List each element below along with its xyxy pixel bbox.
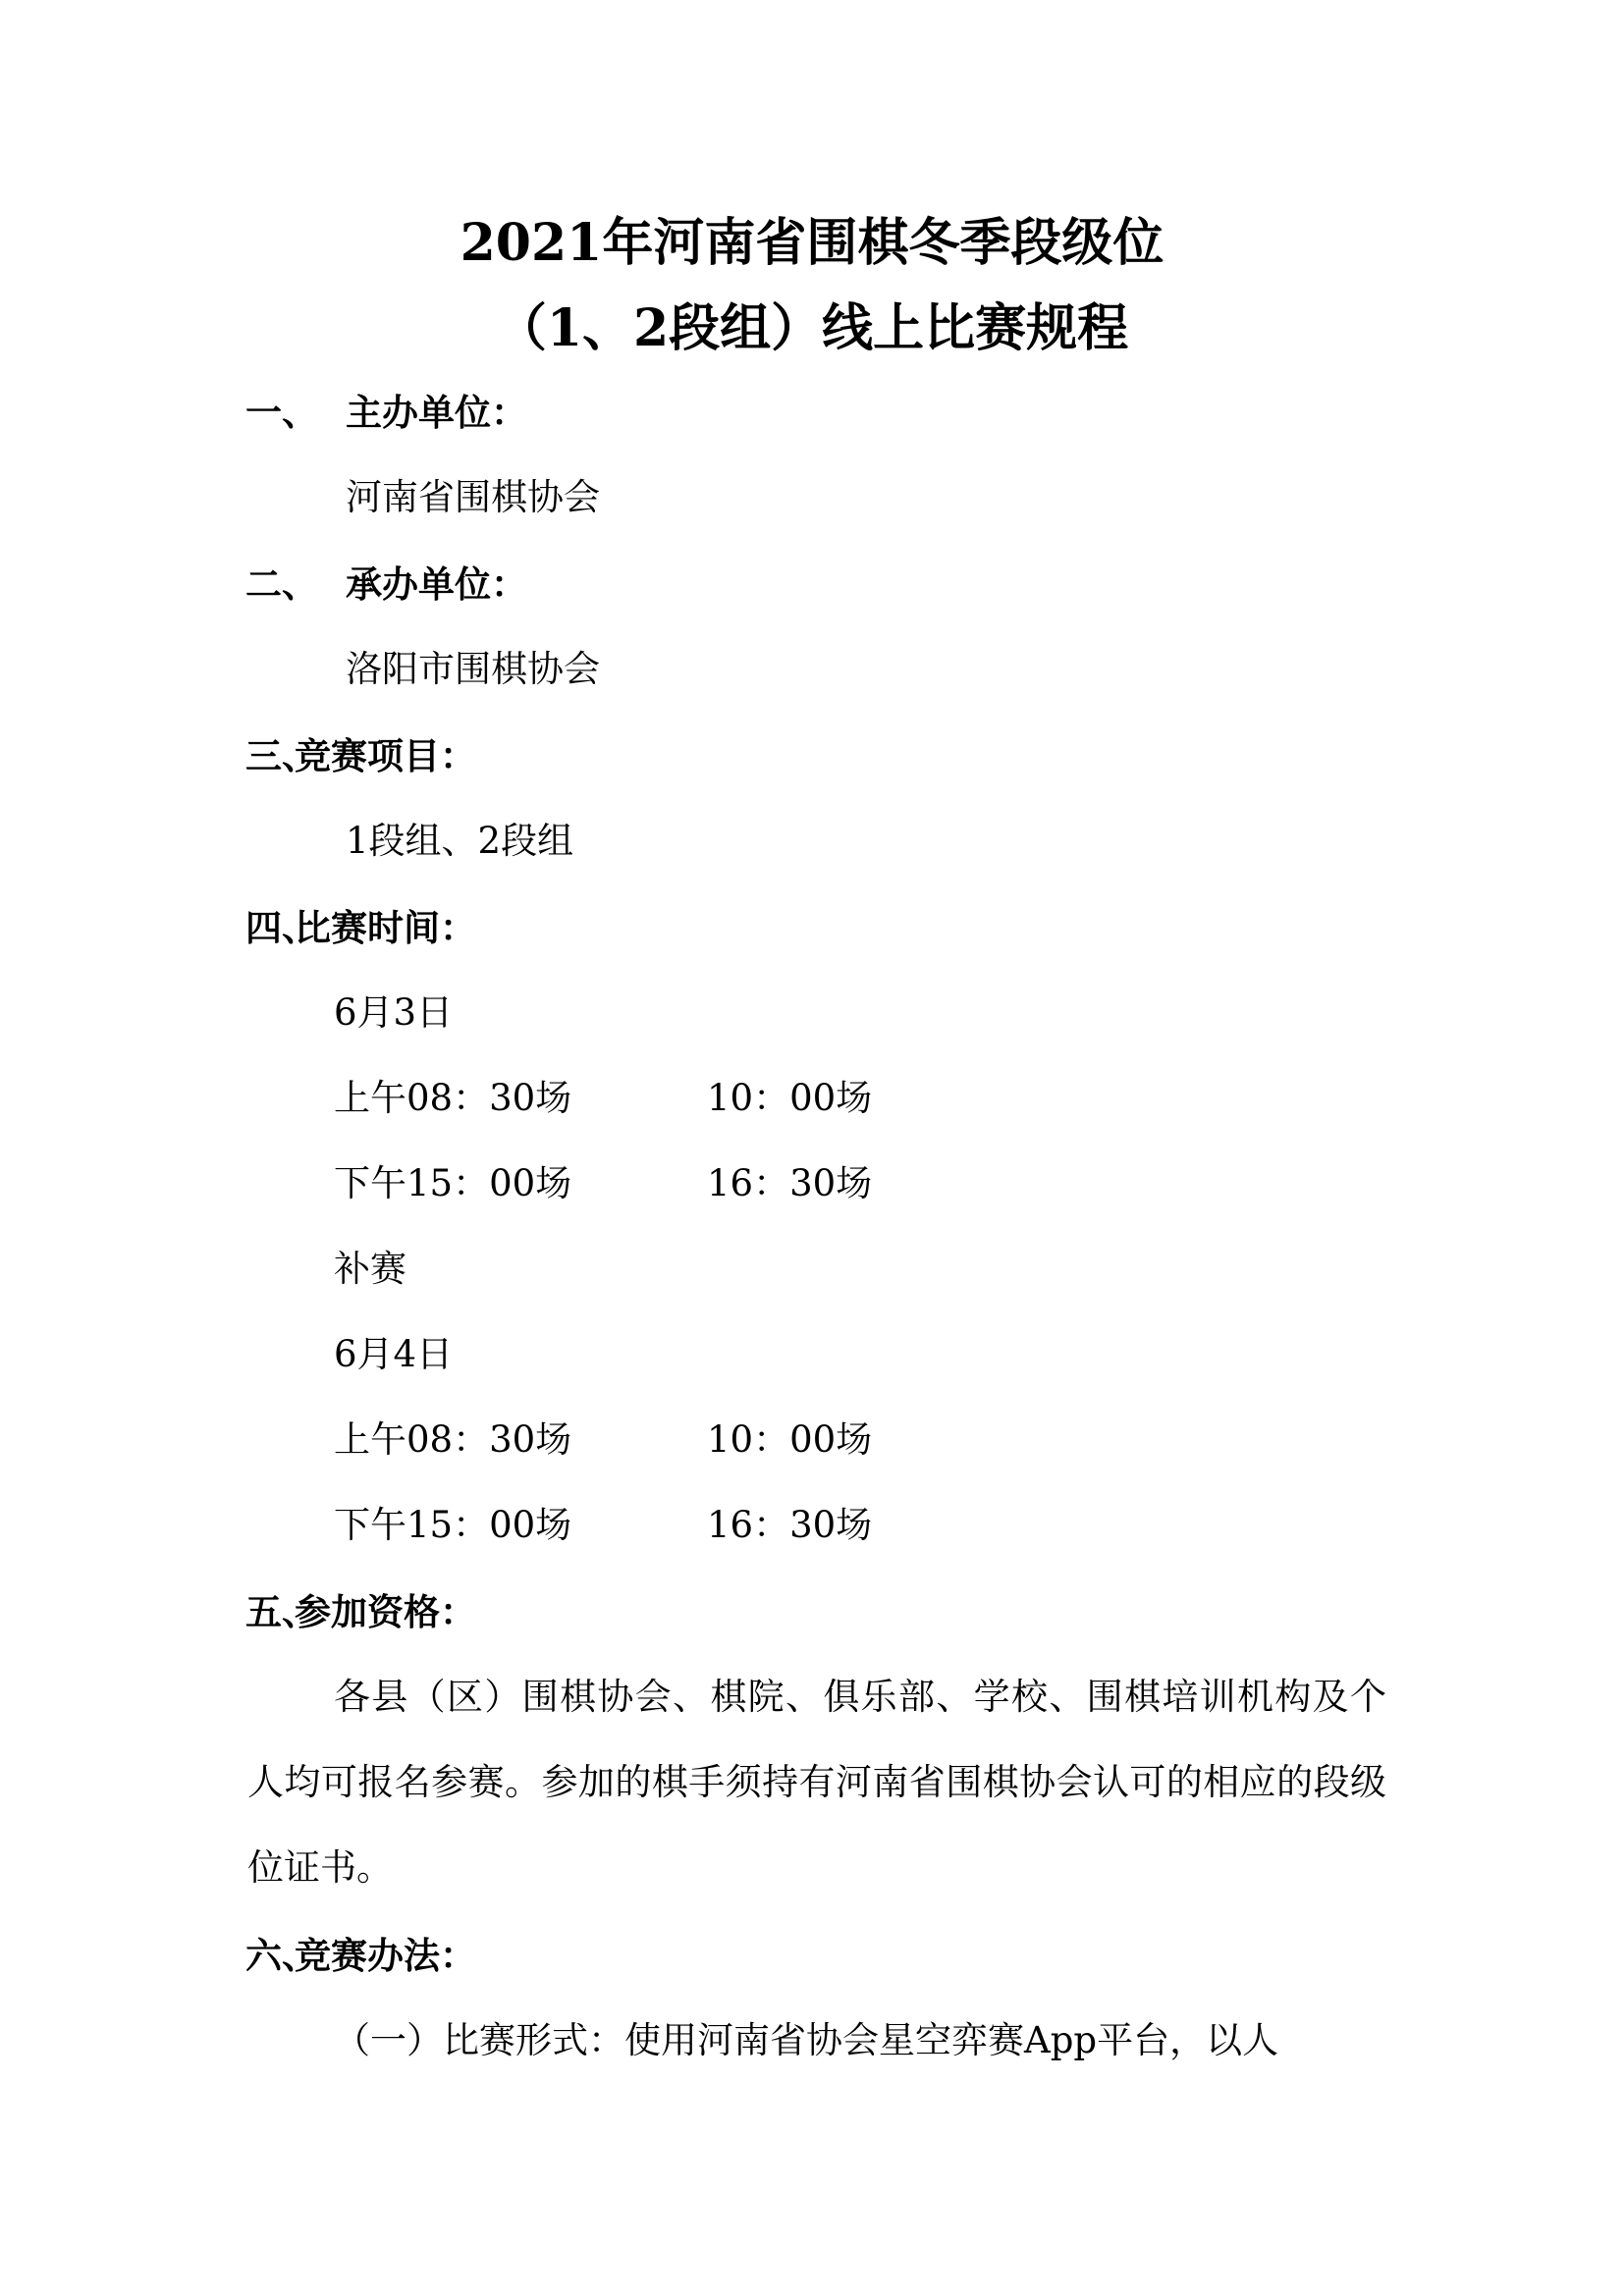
section-1-number: 一、 bbox=[245, 391, 318, 434]
schedule-slot: 16：30场 bbox=[707, 1504, 872, 1547]
section-1-heading: 主办单位： bbox=[346, 391, 527, 434]
schedule-slot: 10：00场 bbox=[707, 1418, 872, 1462]
schedule-row: 上午08：30场 10：00场 bbox=[334, 1418, 571, 1462]
eligibility-paragraph: 各县（区）围棋协会、棋院、俱乐部、学校、围棋培训机构及个人均可报名参赛。参加的棋… bbox=[247, 1654, 1386, 1910]
section-1-body: 河南省围棋协会 bbox=[346, 476, 600, 519]
schedule-day1: 6月3日 bbox=[334, 991, 453, 1035]
section-5-heading: 参加资格： bbox=[295, 1590, 476, 1633]
section-3-heading: 竞赛项目： bbox=[295, 734, 476, 777]
method-item-1: （一）比赛形式：使用河南省协会星空弈赛App平台，以人 bbox=[334, 2019, 1278, 2062]
document-title-line2: （1、2段组）线上比赛规程 bbox=[0, 299, 1624, 358]
document-title-line1: 2021年河南省围棋冬季段级位 bbox=[0, 214, 1624, 273]
schedule-slot: 下午15：00场 bbox=[334, 1162, 571, 1204]
schedule-slot: 下午15：00场 bbox=[334, 1504, 571, 1546]
schedule-slot: 10：00场 bbox=[707, 1077, 872, 1120]
schedule-row: 下午15：00场 16：30场 bbox=[334, 1504, 571, 1547]
schedule-day2: 6月4日 bbox=[334, 1333, 453, 1376]
section-3-body: 1段组、2段组 bbox=[346, 820, 573, 863]
section-2-heading: 承办单位： bbox=[346, 562, 527, 606]
schedule-row: 下午15：00场 16：30场 bbox=[334, 1162, 571, 1205]
schedule-row: 上午08：30场 10：00场 bbox=[334, 1077, 571, 1120]
schedule-slot: 16：30场 bbox=[707, 1162, 872, 1205]
section-2-body: 洛阳市围棋协会 bbox=[346, 648, 600, 691]
schedule-slot: 上午08：30场 bbox=[334, 1077, 571, 1119]
schedule-makeup-label: 补赛 bbox=[334, 1248, 406, 1291]
schedule-slot: 上午08：30场 bbox=[334, 1418, 571, 1461]
section-6-heading: 竞赛办法： bbox=[295, 1934, 476, 1977]
section-4-heading: 比赛时间： bbox=[295, 906, 476, 949]
section-2-number: 二、 bbox=[245, 562, 318, 606]
